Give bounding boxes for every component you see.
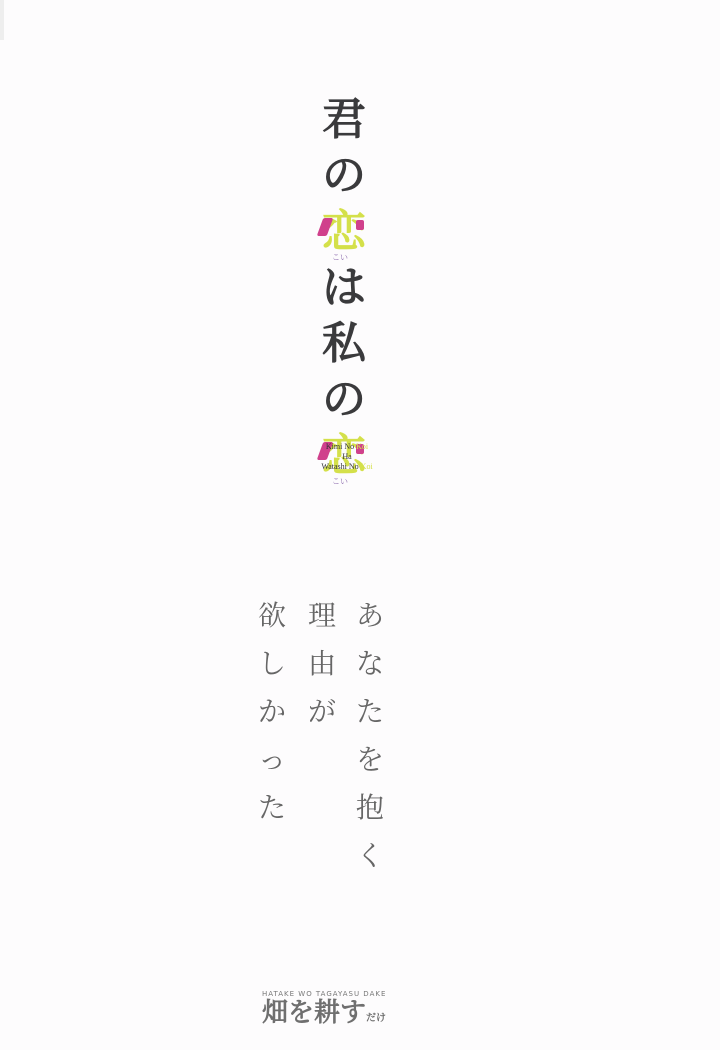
koi-ruby-2: こい bbox=[332, 478, 348, 486]
romaji-line1-hl: Koi bbox=[356, 442, 368, 451]
poem-char: が bbox=[308, 688, 336, 736]
romaji-line3-hl: Koi bbox=[361, 462, 373, 471]
poem-char: を bbox=[356, 736, 384, 784]
title-romaji: Kimi No Koi Ha Watashi No Koi bbox=[318, 442, 376, 472]
page-edge-mark bbox=[0, 0, 4, 40]
poem-char: た bbox=[356, 688, 384, 736]
logo-main-text: 畑を耕す bbox=[262, 998, 366, 1028]
title-char-watashi: 私 bbox=[312, 316, 376, 372]
poem-char: 理 bbox=[308, 592, 336, 640]
title-char-kimi: 君 bbox=[312, 92, 376, 148]
circle-logo: HATAKE WO TAGAYASU DAKE 畑を耕すだけ bbox=[262, 990, 482, 1034]
poem-column-2: 理 由 が bbox=[300, 592, 344, 736]
logo-main: 畑を耕すだけ bbox=[262, 998, 482, 1034]
poem-char: 由 bbox=[308, 640, 336, 688]
logo-suffix: だけ bbox=[366, 1013, 386, 1024]
poem-column-3: 欲 し か っ た bbox=[250, 592, 294, 832]
poem-char: 抱 bbox=[356, 784, 384, 832]
title-char-ha: は bbox=[312, 260, 376, 316]
koi-glyph: 恋 bbox=[322, 206, 366, 257]
logo-subtitle: HATAKE WO TAGAYASU DAKE bbox=[262, 990, 482, 998]
title-char-koi: 恋 こい bbox=[312, 204, 376, 260]
poem-char: た bbox=[258, 784, 286, 832]
poem-char: っ bbox=[258, 736, 286, 784]
title-char-no: の bbox=[312, 148, 376, 204]
poem-column-1: あ な た を 抱 く bbox=[348, 592, 392, 880]
poem-char: く bbox=[356, 832, 384, 880]
title-char-no-2: の bbox=[312, 372, 376, 428]
poem-char: あ bbox=[356, 592, 384, 640]
poem-char: し bbox=[258, 640, 286, 688]
title-vertical: 君 の 恋 こい は 私 の 恋 こい bbox=[312, 92, 376, 484]
poem-char: か bbox=[258, 688, 286, 736]
koi-pink-accent-right bbox=[356, 220, 364, 230]
romaji-line3: Watashi No bbox=[321, 462, 358, 471]
poem-char: な bbox=[356, 640, 384, 688]
romaji-line1: Kimi No bbox=[326, 442, 354, 451]
romaji-line2: Ha bbox=[318, 452, 376, 462]
poem-char: 欲 bbox=[258, 592, 286, 640]
